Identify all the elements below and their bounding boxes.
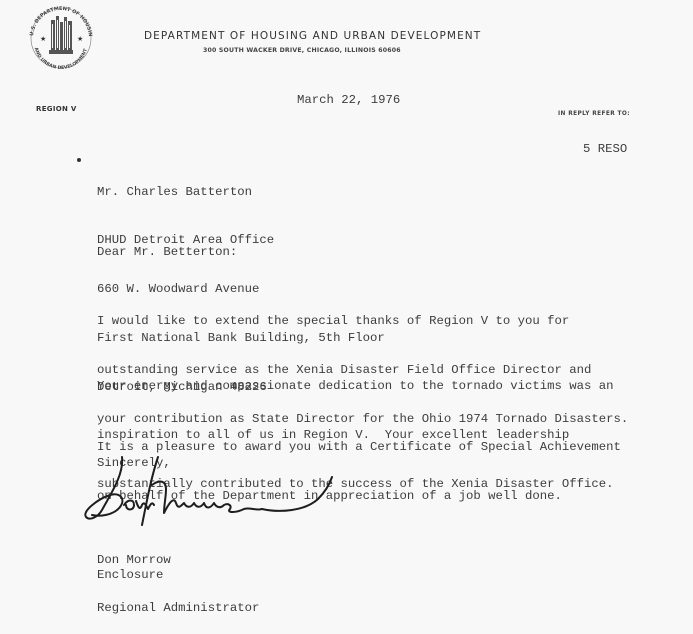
svg-text:★: ★ [40,35,46,43]
body-line: Your energy and compassionate dedication… [97,378,614,394]
body-line: It is a pleasure to award you with a Cer… [97,439,621,455]
letter-date: March 22, 1976 [297,93,400,107]
signer-name: Don Morrow [97,552,259,568]
letterhead-title: DEPARTMENT OF HOUSING AND URBAN DEVELOPM… [144,30,481,42]
salutation: Dear Mr. Betterton: [97,245,237,259]
body-line: I would like to extend the special thank… [97,313,628,329]
enclosure-note: Enclosure [97,568,163,582]
handwritten-signature-icon [80,455,340,545]
hud-seal-icon: U.S. DEPARTMENT OF HOUSING AND URBAN DEV… [18,2,104,70]
region-label: REGION V [36,105,77,113]
letterhead-address: 300 SOUTH WACKER DRIVE, CHICAGO, ILLINOI… [203,47,401,54]
reference-code: 5 RESO [583,142,627,156]
signer-title: Regional Administrator [97,600,259,616]
bullet-icon [77,158,81,162]
svg-text:★: ★ [77,35,83,43]
address-line: Mr. Charles Batterton [97,184,385,200]
svg-text:U.S. DEPARTMENT OF HOUSING: U.S. DEPARTMENT OF HOUSING [18,2,93,37]
reply-refer-label: IN REPLY REFER TO: [558,111,630,117]
